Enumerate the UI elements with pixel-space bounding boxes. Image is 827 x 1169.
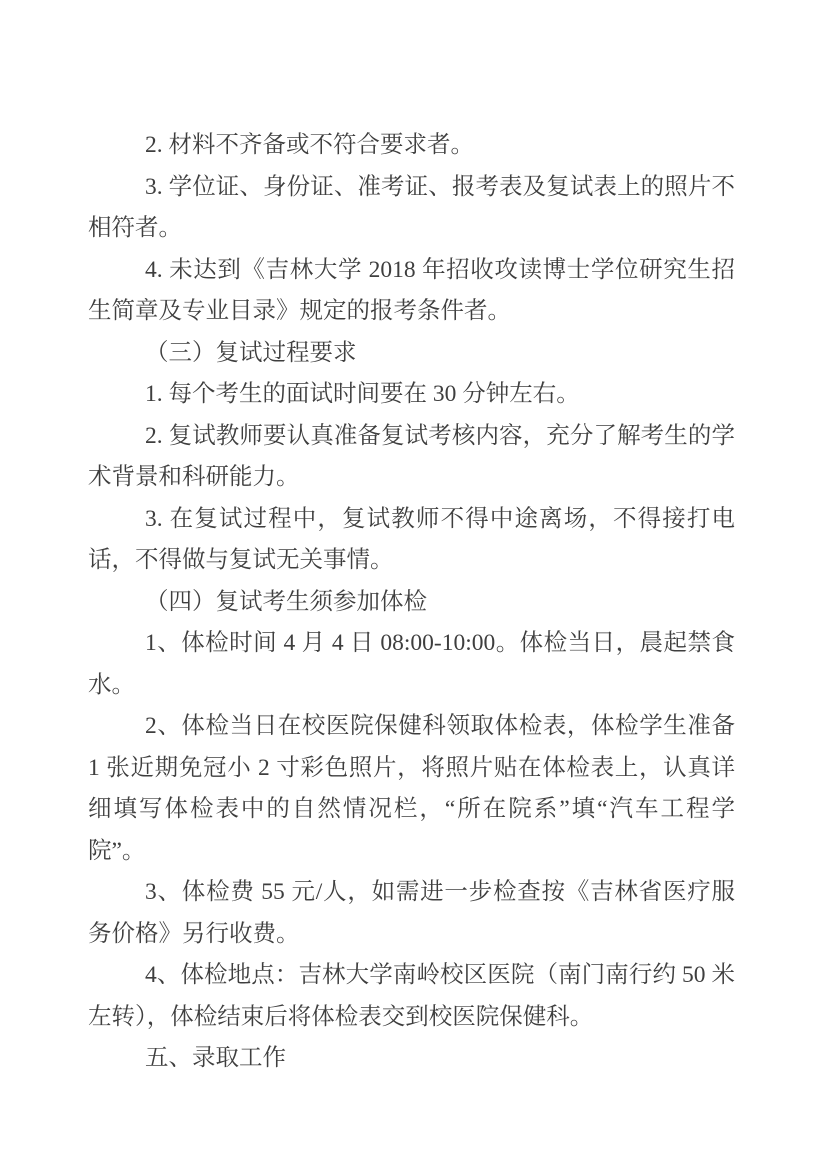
paragraph: 4. 未达到《吉林大学 2018 年招收攻读博士学位研究生招生简章及专业目录》规…	[88, 250, 735, 333]
paragraph: 2. 材料不齐备或不符合要求者。	[88, 125, 735, 167]
section-heading: （三）复试过程要求	[88, 333, 735, 375]
section-heading: （四）复试考生须参加体检	[88, 582, 735, 624]
paragraph: 4、体检地点：吉林大学南岭校区医院（南门南行约 50 米左转），体检结束后将体检…	[88, 955, 735, 1038]
section-heading: 五、录取工作	[88, 1038, 735, 1080]
document-page: 2. 材料不齐备或不符合要求者。 3. 学位证、身份证、准考证、报考表及复试表上…	[0, 0, 827, 1169]
paragraph: 2、体检当日在校医院保健科领取体检表，体检学生准备 1 张近期免冠小 2 寸彩色…	[88, 706, 735, 872]
paragraph: 3、体检费 55 元/人，如需进一步检查按《吉林省医疗服务价格》另行收费。	[88, 872, 735, 955]
paragraph: 1. 每个考生的面试时间要在 30 分钟左右。	[88, 374, 735, 416]
paragraph: 2. 复试教师要认真准备复试考核内容，充分了解考生的学术背景和科研能力。	[88, 416, 735, 499]
paragraph: 1、体检时间 4 月 4 日 08:00-10:00。体检当日，晨起禁食水。	[88, 623, 735, 706]
paragraph: 3. 在复试过程中，复试教师不得中途离场，不得接打电话，不得做与复试无关事情。	[88, 499, 735, 582]
paragraph: 3. 学位证、身份证、准考证、报考表及复试表上的照片不相符者。	[88, 167, 735, 250]
